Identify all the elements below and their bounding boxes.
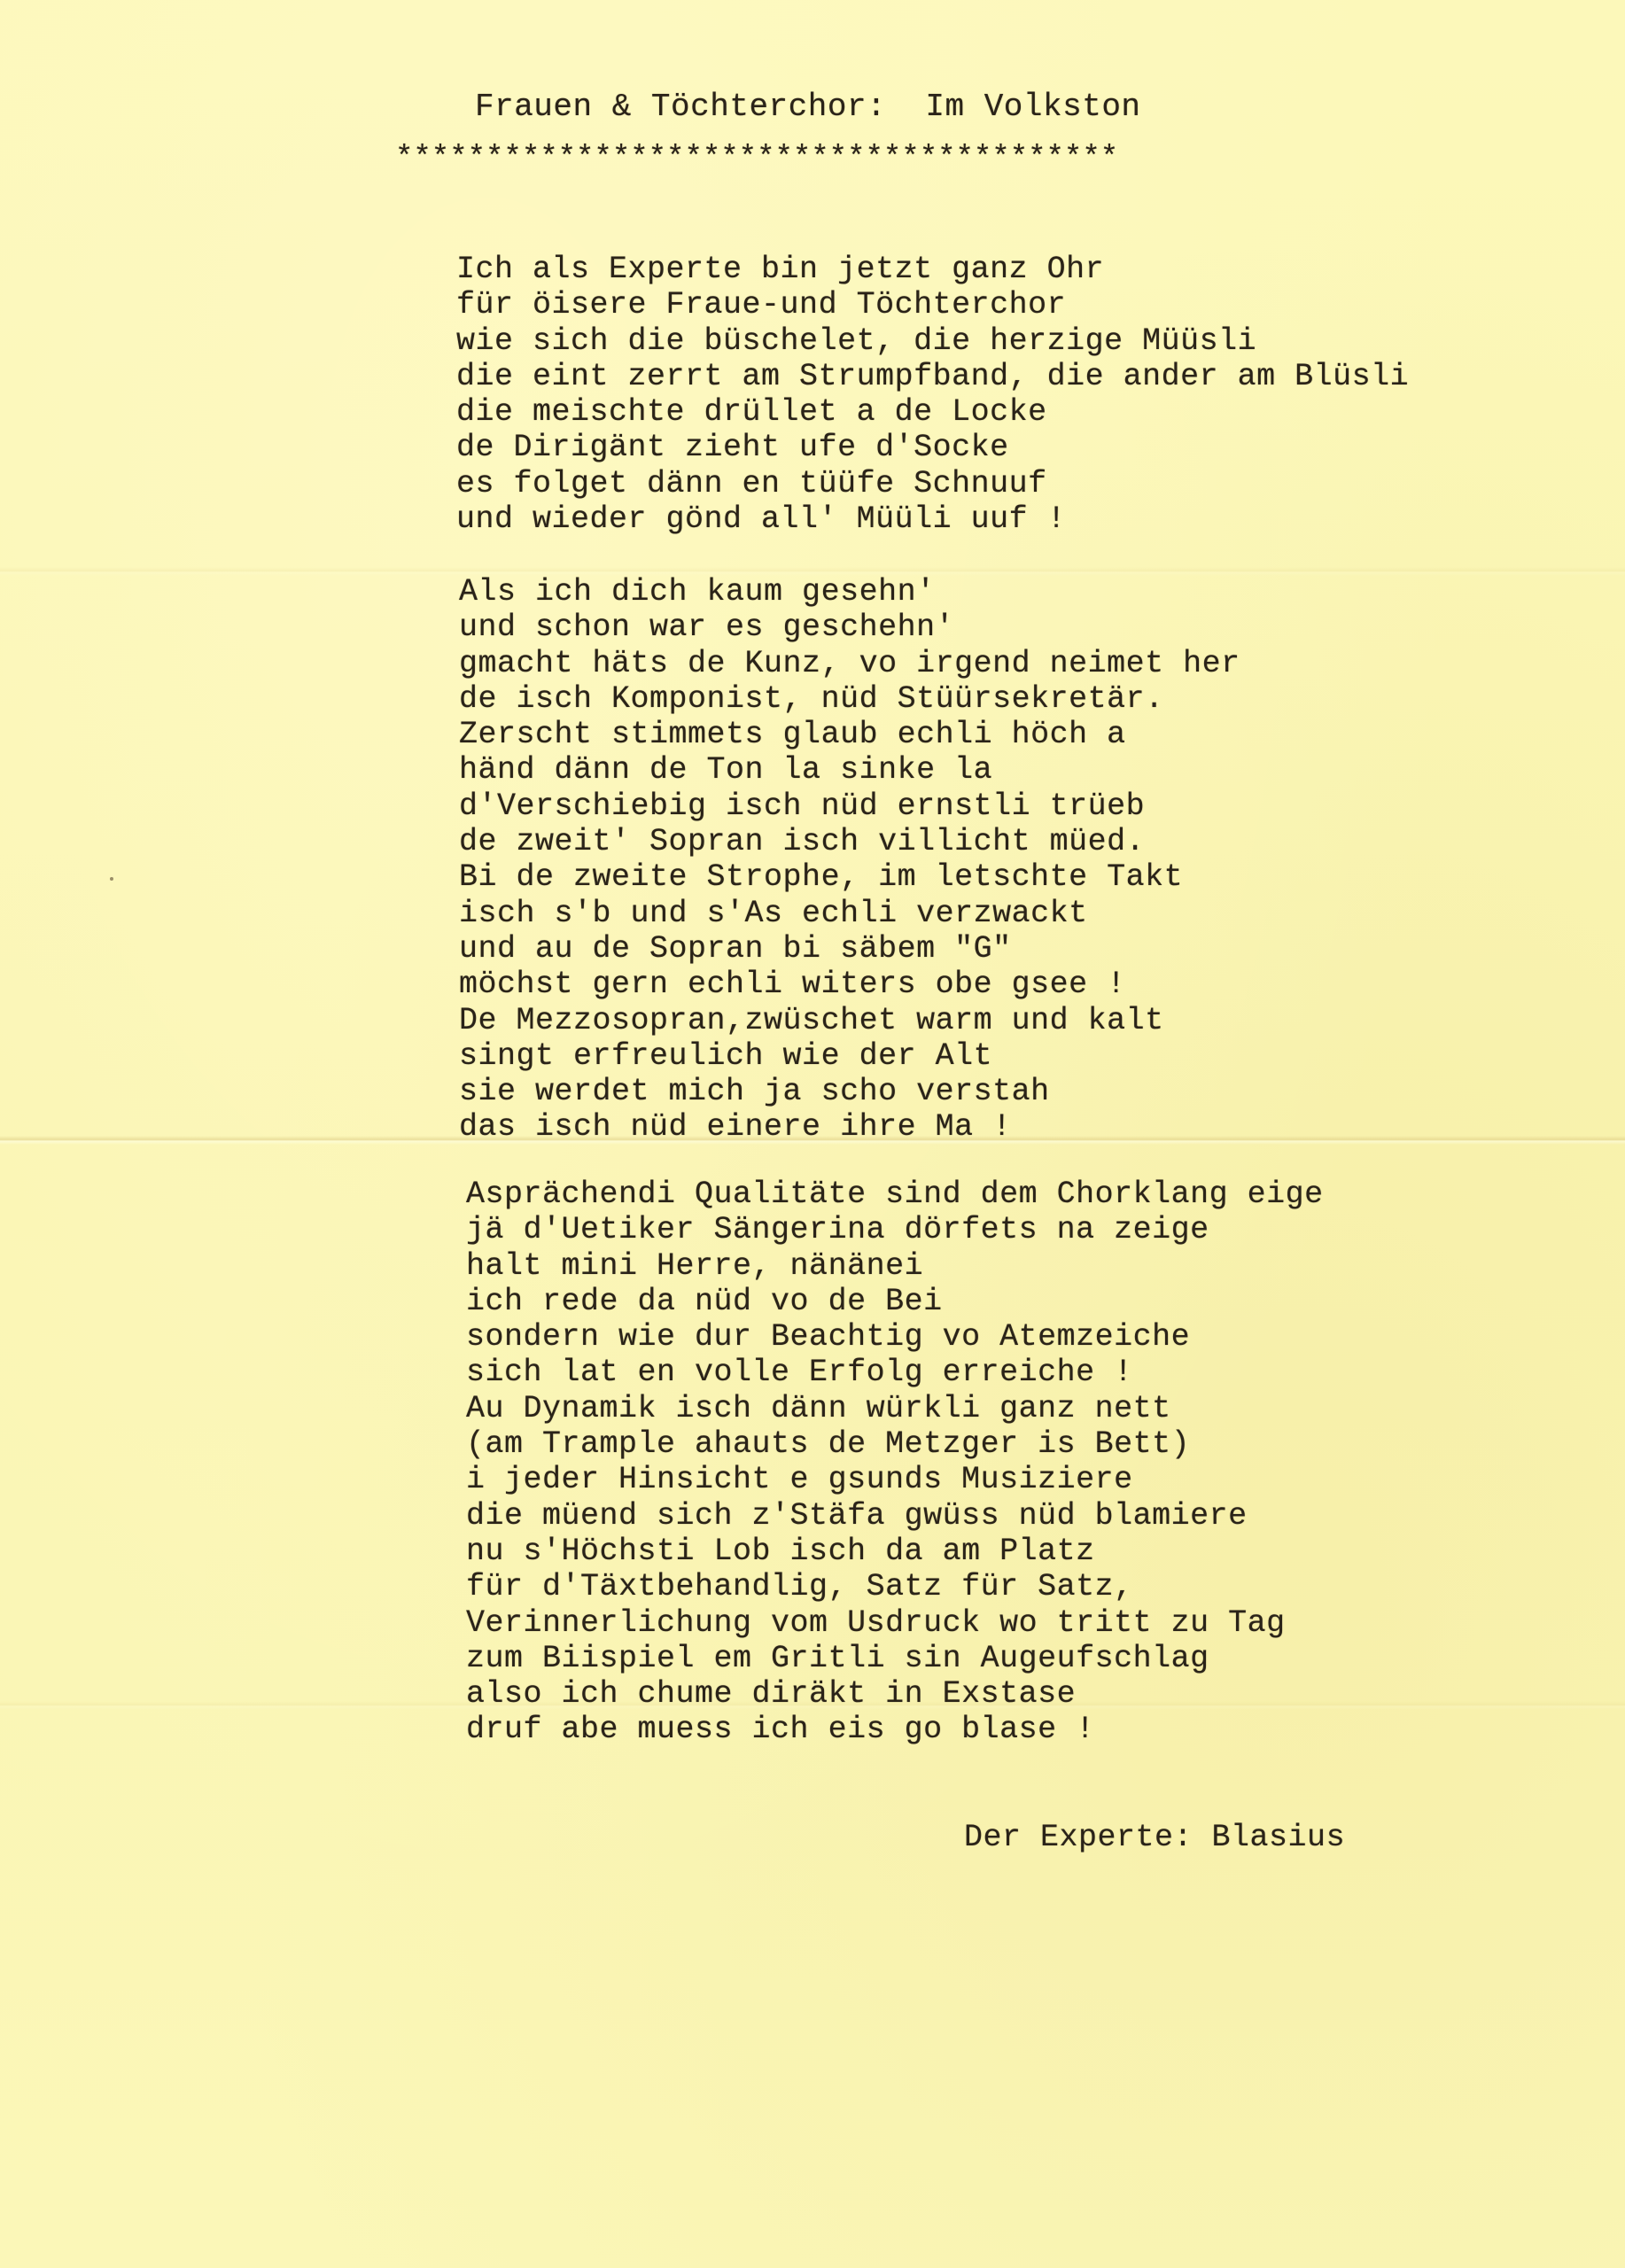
poem-line: sich lat en volle Erfolg erreiche ! — [466, 1355, 1324, 1390]
poem-line: Verinnerlichung vom Usdruck wo tritt zu … — [466, 1605, 1324, 1641]
document-title: Frauen & Töchterchor: Im Volkston — [475, 89, 1141, 125]
poem-line: sondern wie dur Beachtig vo Atemzeiche — [466, 1319, 1324, 1355]
poem-line: die müend sich z'Stäfa gwüss nüd blamier… — [466, 1498, 1324, 1534]
poem-line: de isch Komponist, nüd Stüürsekretär. — [459, 681, 1240, 717]
poem-line: und wieder gönd all' Müüli uuf ! — [456, 501, 1409, 537]
poem-line: (am Trample ahauts de Metzger is Bett) — [466, 1426, 1324, 1462]
poem-line: d'Verschiebig isch nüd ernstli trüeb — [459, 788, 1240, 824]
poem-line: wie sich die büschelet, die herzige Müüs… — [456, 323, 1409, 359]
stanza-3: Asprächendi Qualitäte sind dem Chorklang… — [466, 1177, 1324, 1748]
stanza-2: Als ich dich kaum gesehn'und schon war e… — [459, 574, 1240, 1146]
poem-line: Als ich dich kaum gesehn' — [459, 574, 1240, 610]
poem-line: singt erfreulich wie der Alt — [459, 1038, 1240, 1074]
poem-line: isch s'b und s'As echli verzwackt — [459, 896, 1240, 931]
poem-line: und schon war es geschehn' — [459, 610, 1240, 645]
stanza-1: Ich als Experte bin jetzt ganz Ohrfür öi… — [456, 252, 1409, 537]
poem-line: Asprächendi Qualitäte sind dem Chorklang… — [466, 1177, 1324, 1212]
poem-line: für d'Täxtbehandlig, Satz für Satz, — [466, 1569, 1324, 1604]
poem-line: möchst gern echli witers obe gsee ! — [459, 967, 1240, 1002]
poem-line: also ich chume diräkt in Exstase — [466, 1676, 1324, 1712]
poem-line: De Mezzosopran,zwüschet warm und kalt — [459, 1003, 1240, 1038]
poem-line: händ dänn de Ton la sinke la — [459, 752, 1240, 788]
poem-line: Zerscht stimmets glaub echli höch a — [459, 717, 1240, 752]
poem-line: das isch nüd einere ihre Ma ! — [459, 1109, 1240, 1145]
poem-line: de Dirigänt zieht ufe d'Socke — [456, 430, 1409, 465]
paper-speck — [110, 877, 113, 881]
poem-line: zum Biispiel em Gritli sin Augeufschlag — [466, 1641, 1324, 1676]
poem-line: es folget dänn en tüüfe Schnuuf — [456, 466, 1409, 501]
poem-line: gmacht häts de Kunz, vo irgend neimet he… — [459, 646, 1240, 681]
poem-line: und au de Sopran bi säbem "G" — [459, 931, 1240, 967]
poem-line: halt mini Herre, nänänei — [466, 1248, 1324, 1284]
poem-line: Ich als Experte bin jetzt ganz Ohr — [456, 252, 1409, 287]
poem-line: Au Dynamik isch dänn würkli ganz nett — [466, 1391, 1324, 1426]
poem-line: Bi de zweite Strophe, im letschte Takt — [459, 859, 1240, 895]
poem-line: für öisere Fraue-und Töchterchor — [456, 287, 1409, 322]
poem-line: nu s'Höchsti Lob isch da am Platz — [466, 1534, 1324, 1569]
poem-line: i jeder Hinsicht e gsunds Musiziere — [466, 1462, 1324, 1497]
poem-line: sie werdet mich ja scho verstah — [459, 1074, 1240, 1109]
asterisk-separator: **************************************** — [395, 142, 1118, 175]
poem-line: druf abe muess ich eis go blase ! — [466, 1712, 1324, 1747]
poem-line: jä d'Uetiker Sängerina dörfets na zeige — [466, 1212, 1324, 1247]
poem-line: de zweit' Sopran isch villicht müed. — [459, 824, 1240, 859]
poem-line: die meischte drüllet a de Locke — [456, 394, 1409, 430]
poem-line: ich rede da nüd vo de Bei — [466, 1284, 1324, 1319]
poem-line: die eint zerrt am Strumpfband, die ander… — [456, 359, 1409, 394]
signature: Der Experte: Blasius — [964, 1820, 1345, 1855]
